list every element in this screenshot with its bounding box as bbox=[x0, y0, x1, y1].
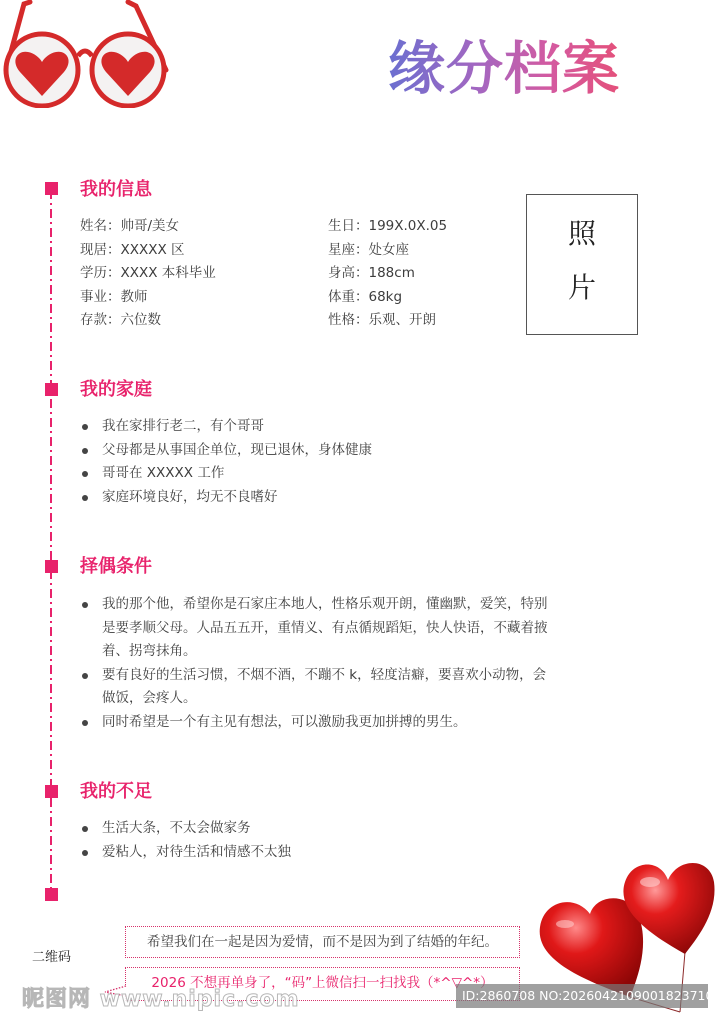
criteria-list: 我的那个他，希望你是石家庄本地人，性格乐观开朗，懂幽默，爱笑，特别是要孝顺父母。… bbox=[80, 593, 550, 734]
list-item: 同时希望是一个有主见有想法，可以激励我更加拼搏的男生。 bbox=[80, 711, 550, 735]
page-title: 缘分档案 bbox=[388, 34, 620, 104]
info-value: 六位数 bbox=[121, 312, 162, 328]
flaws-list: 生活大条，不太会做家务 爱粘人，对待生活和情感不太独 bbox=[80, 817, 480, 864]
timeline-marker bbox=[45, 560, 58, 573]
heart-glasses-icon bbox=[0, 0, 172, 108]
list-item: 父母都是从事国企单位，现已退休，身体健康 bbox=[80, 439, 480, 463]
qr-code-label: 二维码 bbox=[32, 946, 71, 965]
info-row-zodiac: 星座：处女座 bbox=[328, 239, 447, 263]
info-row-height: 身高：188cm bbox=[328, 262, 447, 286]
section-title-flaws: 我的不足 bbox=[80, 780, 152, 804]
info-row-personality: 性格：乐观、开朗 bbox=[328, 309, 447, 333]
info-value: 188cm bbox=[369, 265, 415, 281]
timeline-marker bbox=[45, 383, 58, 396]
info-label: 生日： bbox=[328, 218, 369, 234]
timeline-marker bbox=[45, 785, 58, 798]
info-row-residence: 现居：XXXXX 区 bbox=[80, 239, 216, 263]
info-label: 现居： bbox=[80, 242, 121, 258]
info-right-column: 生日：199X.0X.05 星座：处女座 身高：188cm 体重：68kg 性格… bbox=[328, 215, 447, 333]
info-value: 乐观、开朗 bbox=[369, 312, 437, 328]
info-row-career: 事业：教师 bbox=[80, 286, 216, 310]
watermark-site: 昵图网 www.nipic.com bbox=[22, 982, 300, 1013]
info-value: 帅哥/美女 bbox=[121, 218, 180, 234]
photo-placeholder: 照 片 bbox=[526, 194, 638, 335]
timeline-marker bbox=[45, 888, 58, 901]
section-title-criteria: 择偶条件 bbox=[80, 555, 152, 579]
info-row-name: 姓名：帅哥/美女 bbox=[80, 215, 216, 239]
photo-label-line2: 片 bbox=[527, 266, 637, 306]
info-row-education: 学历：XXXX 本科毕业 bbox=[80, 262, 216, 286]
info-value: 68kg bbox=[369, 289, 403, 305]
family-list: 我在家排行老二，有个哥哥 父母都是从事国企单位，现已退休，身体健康 哥哥在 XX… bbox=[80, 415, 480, 509]
info-label: 存款： bbox=[80, 312, 121, 328]
info-label: 姓名： bbox=[80, 218, 121, 234]
info-value: 教师 bbox=[121, 289, 148, 305]
info-value: 199X.0X.05 bbox=[369, 218, 448, 234]
info-value: XXXXX 区 bbox=[121, 242, 185, 258]
info-label: 身高： bbox=[328, 265, 369, 281]
quote-callout: 希望我们在一起是因为爱情，而不是因为到了结婚的年纪。 bbox=[125, 926, 520, 958]
list-item: 我在家排行老二，有个哥哥 bbox=[80, 415, 480, 439]
photo-label-line1: 照 bbox=[527, 212, 637, 252]
section-title-info: 我的信息 bbox=[80, 178, 152, 202]
info-value: XXXX 本科毕业 bbox=[121, 265, 216, 281]
info-left-column: 姓名：帅哥/美女 现居：XXXXX 区 学历：XXXX 本科毕业 事业：教师 存… bbox=[80, 215, 216, 333]
info-label: 体重： bbox=[328, 289, 369, 305]
list-item: 爱粘人，对待生活和情感不太独 bbox=[80, 841, 480, 865]
watermark-id: ID:2860708 NO:20260421090018237103 bbox=[456, 984, 708, 1008]
info-row-birthday: 生日：199X.0X.05 bbox=[328, 215, 447, 239]
timeline-marker bbox=[45, 182, 58, 195]
list-item: 要有良好的生活习惯，不烟不酒，不蹦不 k，轻度洁癖，要喜欢小动物，会做饭，会疼人… bbox=[80, 664, 550, 711]
list-item: 家庭环境良好，均无不良嗜好 bbox=[80, 486, 480, 510]
info-label: 性格： bbox=[328, 312, 369, 328]
info-label: 学历： bbox=[80, 265, 121, 281]
info-row-savings: 存款：六位数 bbox=[80, 309, 216, 333]
list-item: 我的那个他，希望你是石家庄本地人，性格乐观开朗，懂幽默，爱笑，特别是要孝顺父母。… bbox=[80, 593, 550, 664]
info-value: 处女座 bbox=[369, 242, 410, 258]
list-item: 哥哥在 XXXXX 工作 bbox=[80, 462, 480, 486]
info-label: 星座： bbox=[328, 242, 369, 258]
section-title-family: 我的家庭 bbox=[80, 378, 152, 402]
info-row-weight: 体重：68kg bbox=[328, 286, 447, 310]
list-item: 生活大条，不太会做家务 bbox=[80, 817, 480, 841]
info-label: 事业： bbox=[80, 289, 121, 305]
